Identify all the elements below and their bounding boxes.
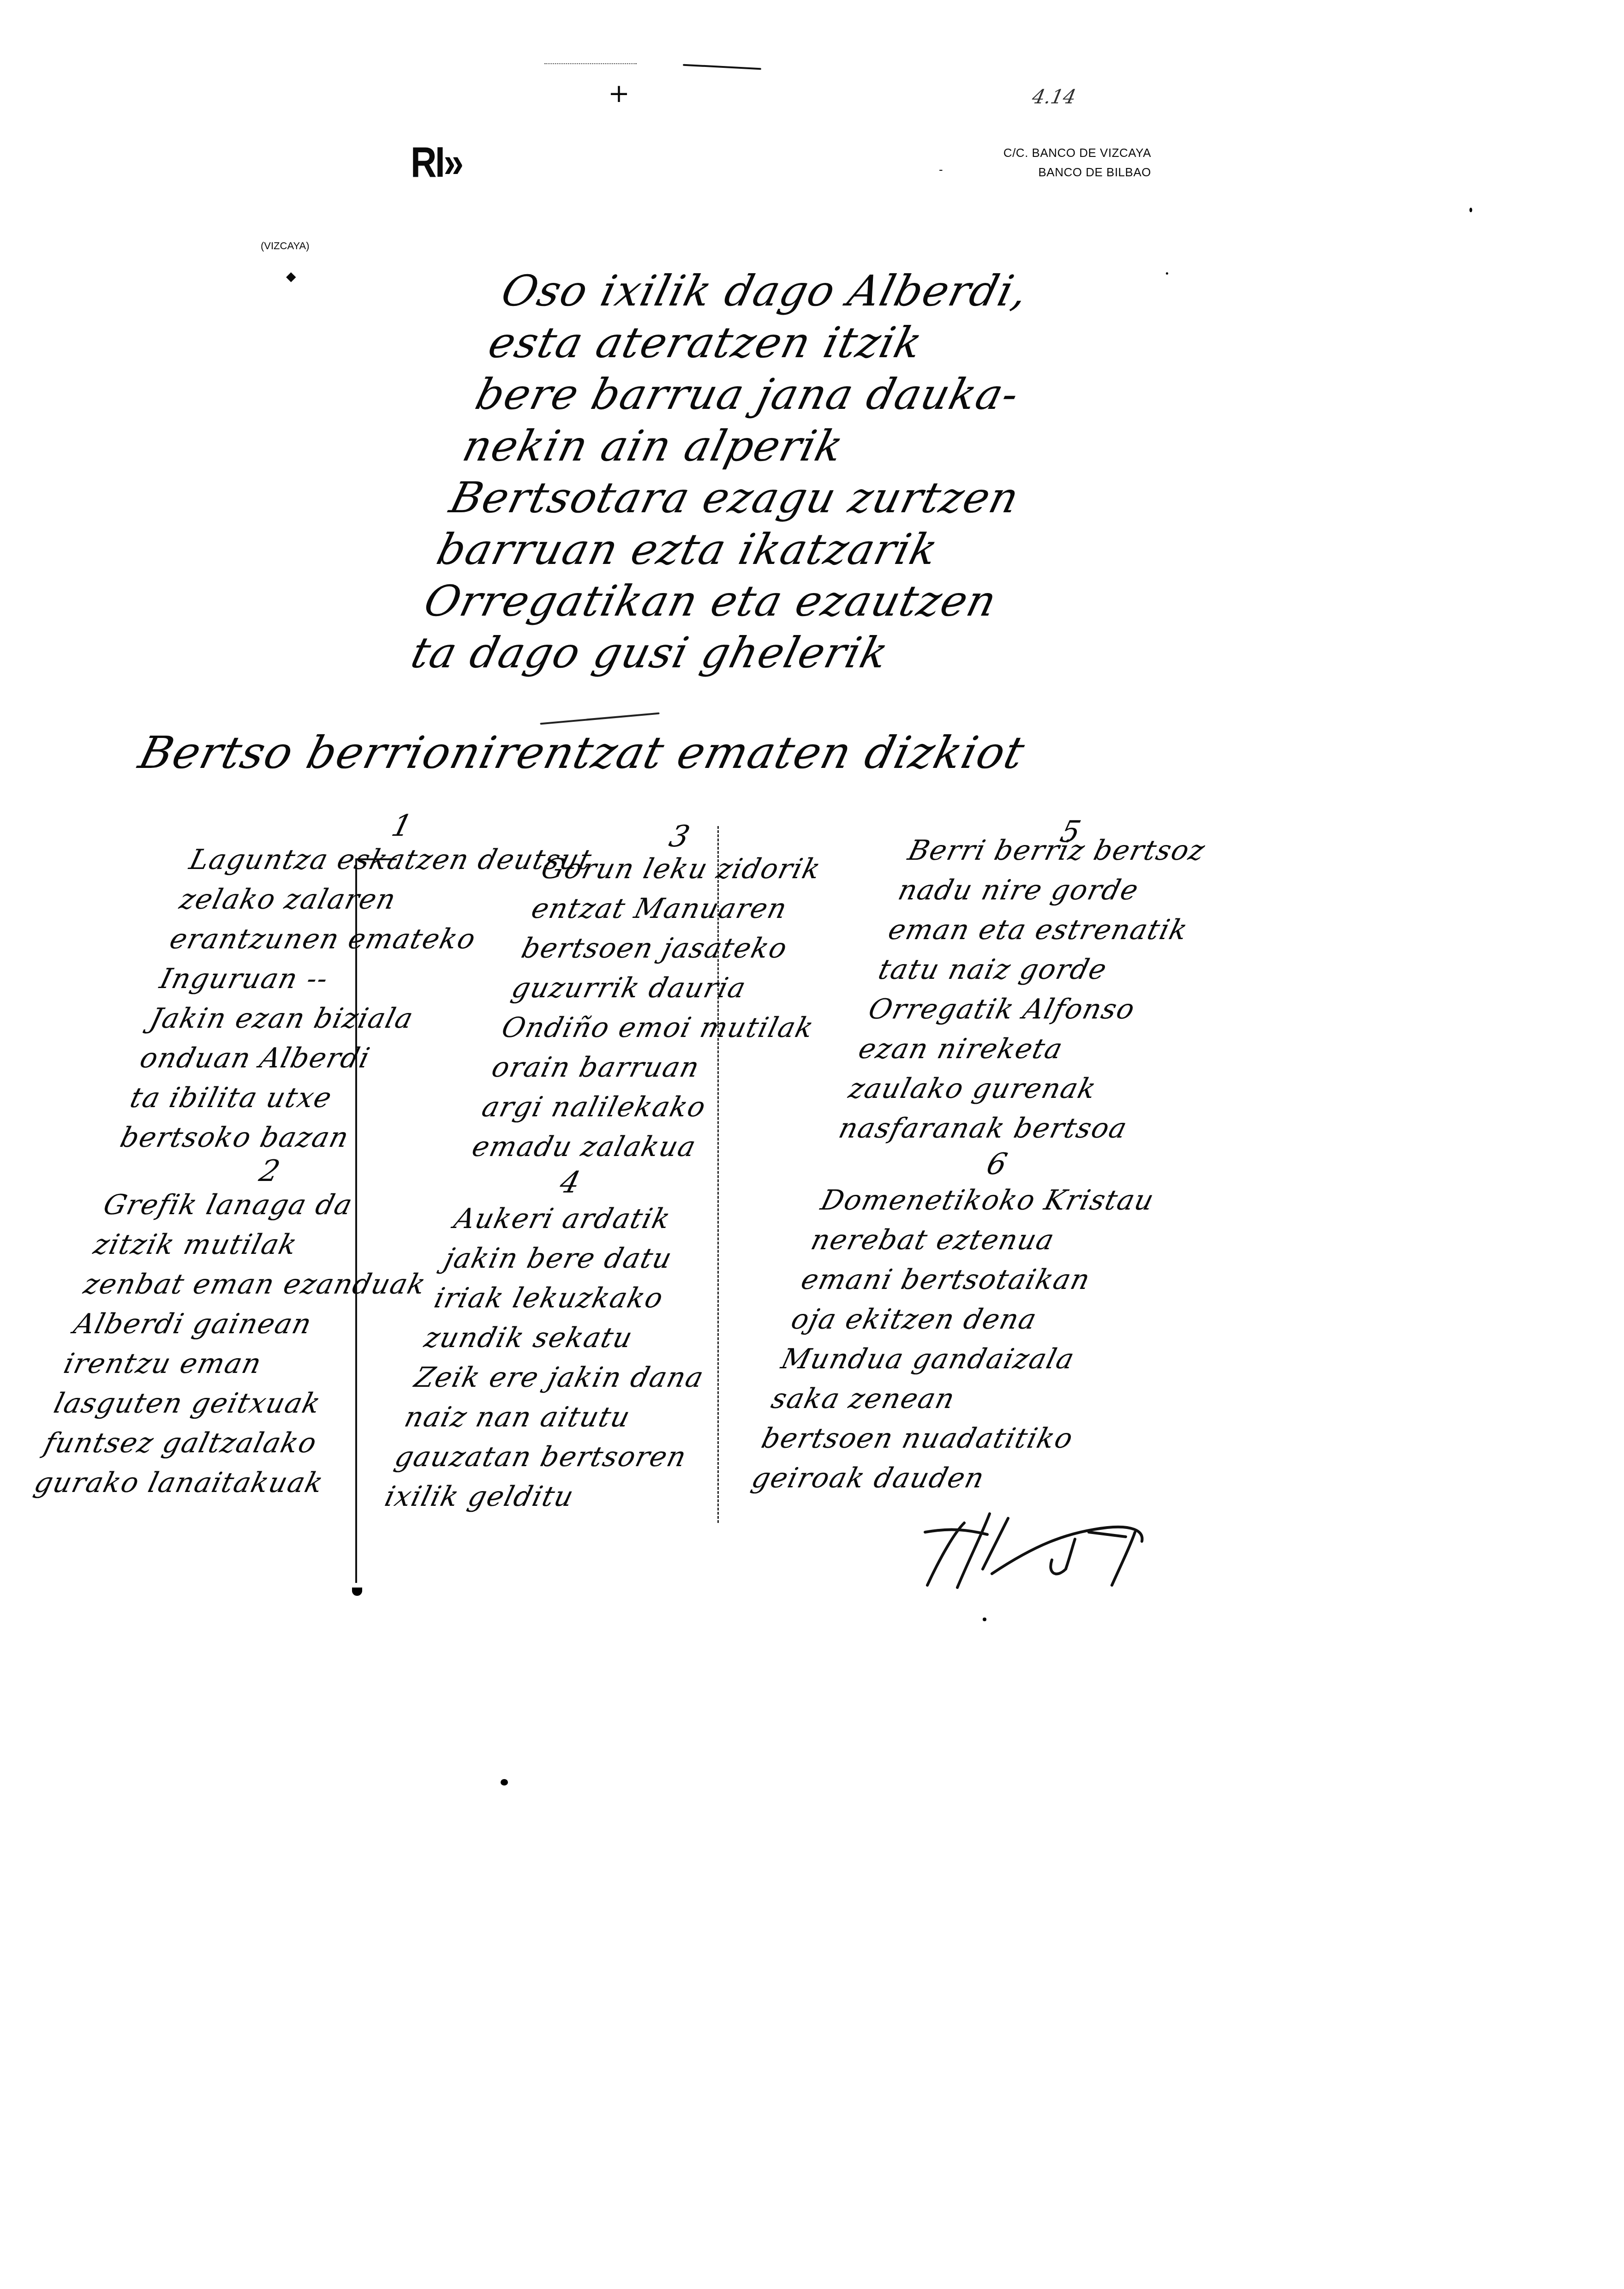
bank-logo: RI» [411, 138, 462, 187]
stanza-line: bere barrua jana dauka- [471, 369, 1054, 420]
verse-line: ixilik gelditu [381, 1477, 702, 1516]
verse-number: 6 [827, 1148, 1167, 1180]
verse-line: zelako zalaren [175, 880, 586, 919]
verse-line: naiz nan aitutu [400, 1397, 722, 1437]
verse-line: bertsoko bazan [116, 1118, 527, 1157]
verse-line: funtsez galtzalako [40, 1423, 451, 1463]
stanza-line: barruan ezta ikatzarik [432, 524, 1015, 575]
verse-line: zenbat eman ezanduak [79, 1264, 490, 1304]
ink-blot [352, 1588, 362, 1596]
stanza-line: esta ateratzen itzik [484, 317, 1067, 369]
verse-line: eman eta estrenatik [884, 910, 1226, 950]
verse-line: oja ekitzen dena [787, 1300, 1129, 1339]
letterhead-region: (VIZCAYA) [261, 240, 310, 252]
verse-number: 1 [195, 812, 603, 840]
verse-line: nerebat eztenua [807, 1220, 1149, 1260]
verse-line: bertsoen jasateko [517, 929, 838, 968]
verse-line: ezan nireketa [854, 1029, 1197, 1069]
verse-line: nasfaranak bertsoa [835, 1109, 1177, 1148]
page-number: 4.14 [1030, 85, 1078, 108]
verse-number: 4 [460, 1167, 779, 1199]
verse-line: Inguruan -- [155, 959, 567, 999]
verse-line: Alberdi gainean [70, 1304, 481, 1344]
verse-number: 2 [109, 1157, 517, 1185]
main-stanza: Oso ixilik dago Alberdi, esta ateratzen … [406, 265, 1080, 679]
verse-line: nadu nire gorde [894, 870, 1236, 910]
signature-scribble: Alberdik [913, 1504, 1163, 1597]
verse-line: iriak lekuzkako [430, 1278, 751, 1318]
scan-artifact-stroke [683, 64, 761, 70]
verse-line: tatu naiz gorde [874, 950, 1217, 989]
verse-line: Zeik ere jakin dana [410, 1358, 731, 1397]
verse-line: zundik sekatu [420, 1318, 741, 1358]
verse-line: Gorun leku zidorik [537, 849, 858, 889]
bank-bullet: - [939, 162, 943, 177]
verse-line: onduan Alberdi [136, 1038, 547, 1078]
verse-line: guzurrik dauria [507, 968, 829, 1008]
verse-line: orain barruan [488, 1048, 809, 1087]
verse-line: Jakin ezan biziala [146, 999, 557, 1038]
verse-line: erantzunen emateko [166, 919, 577, 959]
bank-name-line-1: C/C. BANCO DE VIZCAYA [1003, 143, 1151, 162]
scan-speck [501, 1779, 508, 1786]
stanza-line: Bertsotara ezagu zurtzen [445, 472, 1028, 524]
stanza-line: ta dago gusi ghelerik [406, 627, 990, 679]
verse-line: Grefik lanaga da [99, 1185, 510, 1225]
scan-speck [1469, 208, 1472, 212]
verse-line: Mundua gandaizala [777, 1339, 1119, 1379]
verse-line: Ondiño emoi mutilak [497, 1008, 818, 1048]
bank-name-line-2: BANCO DE BILBAO [1039, 162, 1151, 182]
verse-line: emani bertsotaikan [797, 1260, 1139, 1300]
verse-line: Laguntza eskatzen deutsut [185, 840, 597, 880]
scan-artifact-dots [544, 63, 637, 64]
verse-line: irentzu eman [60, 1344, 471, 1384]
verse-line: entzat Manuaren [527, 889, 848, 929]
underline-stroke [540, 713, 659, 725]
verse-line: Orregatik Alfonso [864, 989, 1206, 1029]
stanza-line: nekin ain alperik [458, 420, 1041, 472]
verse-line: lasguten geitxuak [50, 1384, 461, 1423]
cross-mark: + [608, 78, 630, 108]
verse-line: Aukeri ardatik [450, 1199, 771, 1239]
verse-line: Domenetikoko Kristau [817, 1180, 1159, 1220]
verse-line: ta ibilita utxe [126, 1078, 537, 1118]
stanza-line: Orregatikan eta ezautzen [419, 575, 1003, 627]
verse-line: gauzatan bertsoren [390, 1437, 711, 1477]
verse-line: zaulako gurenak [844, 1069, 1187, 1109]
scan-speck [1166, 272, 1168, 275]
scan-speck [983, 1618, 986, 1621]
verse-line: argi nalilekako [478, 1087, 799, 1127]
verse-line: bertsoen nuadatitiko [757, 1419, 1099, 1458]
emblem-icon: ◆ [286, 270, 296, 283]
verse-line: emadu zalakua [468, 1127, 789, 1167]
verse-line: saka zenean [767, 1379, 1110, 1419]
verse-line: jakin bere datu [440, 1239, 761, 1278]
verse-line: zitzik mutilak [90, 1225, 501, 1264]
stanza-line: Oso ixilik dago Alberdi, [496, 265, 1080, 317]
section-title: Bertso berrionirentzat ematen dizkiot [134, 727, 1030, 779]
verse-line: gurako lanaitakuak [30, 1463, 441, 1503]
verse-line: geiroak dauden [747, 1458, 1090, 1498]
